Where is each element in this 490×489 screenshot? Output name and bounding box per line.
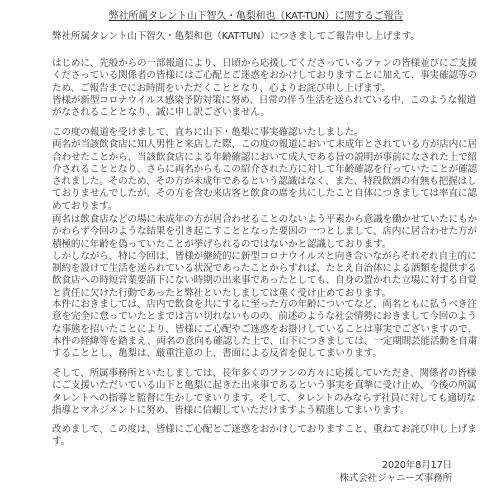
text-line: そして、所属事務所といたしましては、長年多くのファンの方々に応援していただき、関… [52, 368, 460, 380]
text-line: ため、ご報告までにお時間をいただくこととなり、心よりお詫び申し上げます。 [52, 83, 460, 95]
paragraph-disciplinary-action: 本件におきましては、店内で飲食を共にするに至った方の年齢についてなど、両名ともに… [52, 299, 460, 360]
text-line: 本件におきましては、店内で飲食を共にするに至った方の年齢についてなど、両名ともに… [52, 299, 460, 311]
text-line: くださっている関係者の皆様にはご心配とご迷惑をおかけしておりますことに加えて、事… [52, 70, 460, 82]
text-line: 積極的に年齢を偽っていたことが挙げられるのではないかと認識しております。 [52, 239, 460, 251]
text-line: 弊社所属タレント山下智久・亀梨和也（KAT-TUN）につきましてご報告申し上げま… [52, 31, 460, 43]
text-line: な事態を招いたことにより、皆様にご心配やご迷惑をお掛けしていることは事実でござい… [52, 324, 460, 336]
text-line: この度の報道を受けまして、直ちに山下・亀梨に事実確認いたしました。 [52, 127, 460, 139]
text-line: 飲食店への時短営業要請下にない時期の出来事であったとしても、自身の置かれた立場に… [52, 275, 460, 287]
text-line: 介されることとなり、さらに両名からもこの紹介された方に対して年齢確認を行っていた… [52, 164, 460, 176]
text-line: 指導とマネジメントに努め、皆様に信頼していただけますよう精進してまいります。 [52, 405, 460, 417]
document-title: 弊社所属タレント山下智久・亀梨和也（KAT-TUN）に関するご報告 [52, 11, 460, 23]
paragraph-intro: 弊社所属タレント山下智久・亀梨和也（KAT-TUN）につきましてご報告申し上げま… [52, 31, 460, 43]
company-name: 株式会社ジャニーズ事務所 [339, 473, 452, 486]
text-line: 合わせたことから、当該飲食店による年齢確認において成人である旨の説明が事前になさ… [52, 152, 460, 164]
paragraph-agency-commitment: そして、所属事務所といたしましては、長年多くのファンの方々に応援していただき、関… [52, 368, 460, 417]
text-line: 両名が当該飲食店に知人男性と来店した際、この度の報道において未成年とされている方… [52, 139, 460, 151]
text-line: 両名は飲食店などの場に未成年の方が居合わせることのないよう平素から意識を働かせて… [52, 214, 460, 226]
text-line: タレントへの指導と監督に生かしてまいります。そして、タレントのみならず社員に対し… [52, 393, 460, 405]
text-line: にご支援いただいている山下と亀梨に起きた出来事であるという事実を真摯に受け止め、… [52, 380, 460, 392]
signature-block: 2020年8月17日 株式会社ジャニーズ事務所 [339, 460, 452, 485]
text-line: はじめに、先般からの一部報道により、日頃から応援してくださっているファンの皆様並… [52, 58, 460, 70]
paragraph-fact-check: この度の報道を受けまして、直ちに山下・亀梨に事実確認いたしました。 両名が当該飲… [52, 127, 460, 213]
paragraph-apology: はじめに、先般からの一部報道により、日頃から応援してくださっているファンの皆様並… [52, 58, 460, 119]
text-line: されました。そのため、その方が未成年であるという認識はなく、また、特段飲酒の有無… [52, 176, 460, 188]
release-date: 2020年8月17日 [339, 460, 452, 473]
text-line: 改めまして、この度は、皆様にご心配とご迷惑をおかけしておりますこと、重ねてお詫び… [52, 424, 460, 436]
text-line: かわらず今回のような結果を引き起こすこととなった要因の一つとしまして、店内に居合… [52, 226, 460, 238]
text-line: しかしながら、特に今回は、皆様が継続的に新型コロナウイルスと向き合いながらそれぞ… [52, 251, 460, 263]
text-line: 制約を設けて生活を送られている状況であったことからすれば、たとえ自治体による酒類… [52, 263, 460, 275]
text-line: 意を完全に怠っていたとまでは言い切れないものの、前述のような社会情勢におきまして… [52, 311, 460, 323]
text-line: めております。 [52, 201, 460, 213]
paragraph-responsibility: 両名は飲食店などの場に未成年の方が居合わせることのないよう平素から意識を働かせて… [52, 214, 460, 300]
text-line: がなされることとなり、誠に申し訳ございません。 [52, 107, 460, 119]
text-line: 皆様が新型コロナウイルス感染予防対策に努め、日常の伴う生活を送られている中、この… [52, 95, 460, 107]
text-line: 本件の経緯等を踏まえ、両名の意向も確認した上で、山下につきましては、一定期間芸能… [52, 336, 460, 348]
paragraph-closing: 改めまして、この度は、皆様にご心配とご迷惑をおかけしておりますこと、重ねてお詫び… [52, 424, 460, 449]
text-line: す。 [52, 436, 460, 448]
text-line: することとし、亀梨は、厳重注意の上、書面による反省を促してまいります。 [52, 348, 460, 360]
text-line: ておりませんでしたが、その方を含む来店客と飲食の席を共にしたこと自体につきまして… [52, 188, 460, 200]
